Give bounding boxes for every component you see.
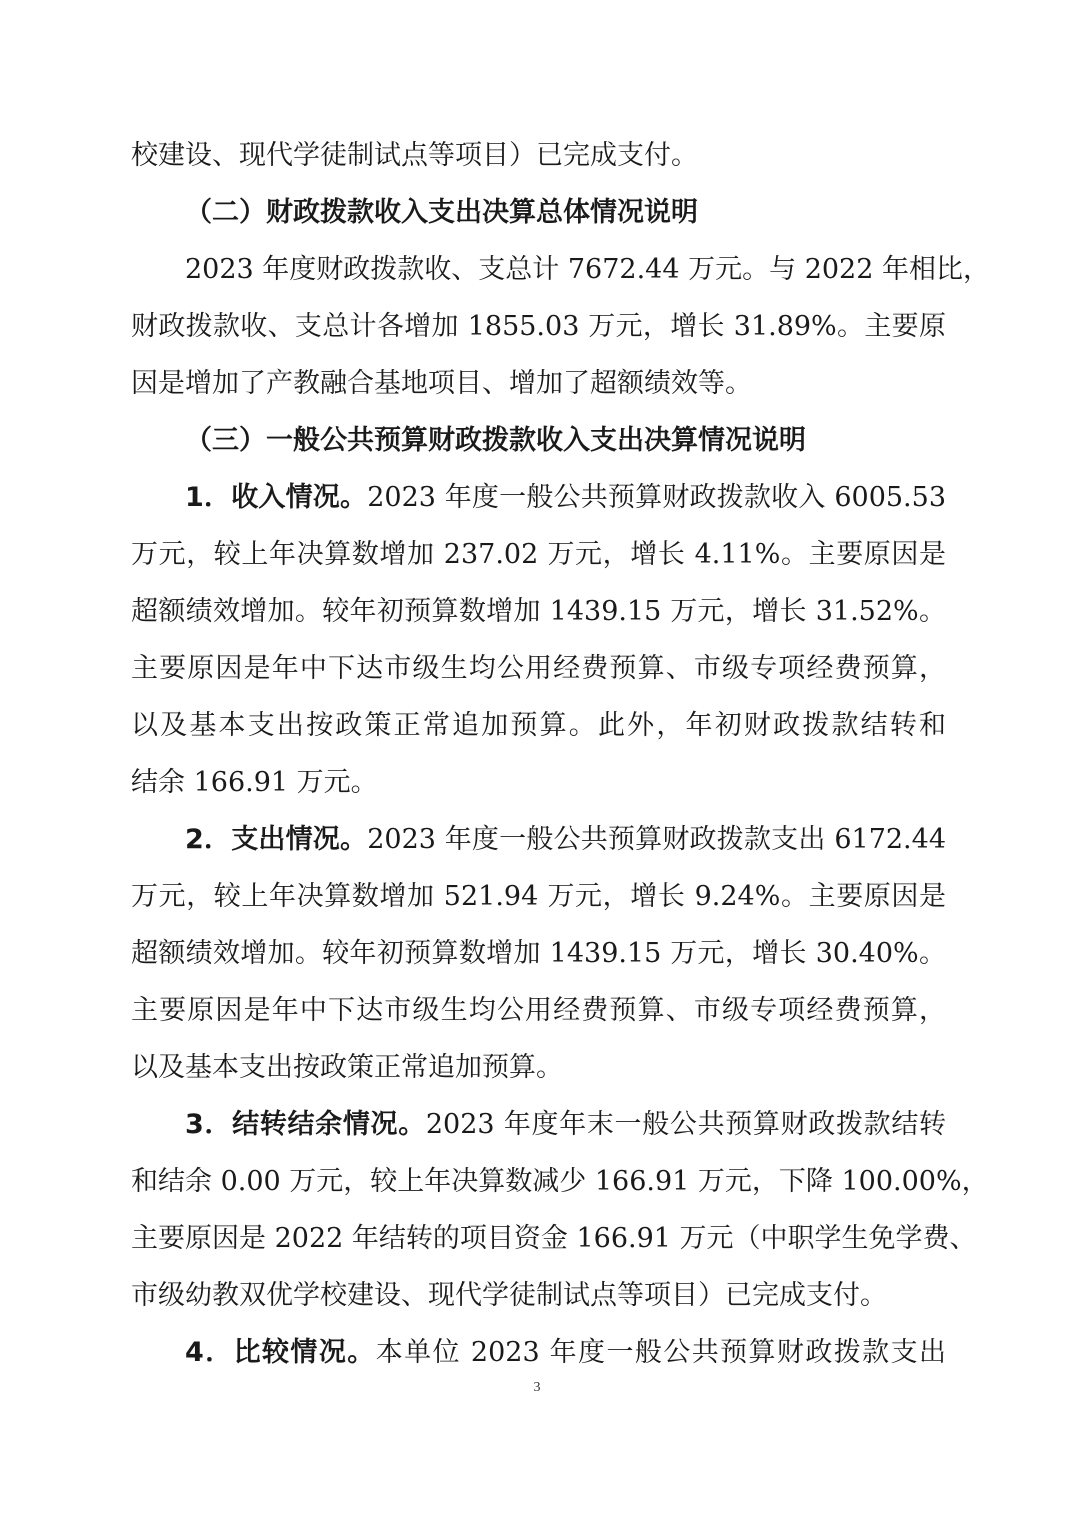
paragraph-line: 以及基本支出按政策正常追加预算。此外，年初财政拨款结转和 bbox=[131, 706, 946, 746]
section-heading-2: （二）财政拨款收入支出决算总体情况说明 bbox=[185, 193, 698, 233]
paragraph-line: 市级幼教双优学校建设、现代学徒制试点等项目）已完成支付。 bbox=[131, 1276, 946, 1316]
paragraph-text: 2023 年度一般公共预算财政拨款支出 6172.44 bbox=[367, 824, 946, 855]
paragraph-line: 2．支出情况。2023 年度一般公共预算财政拨款支出 6172.44 bbox=[131, 820, 946, 860]
paragraph-line: 因是增加了产教融合基地项目、增加了超额绩效等。 bbox=[131, 364, 946, 404]
paragraph-line: 4．比较情况。本单位 2023 年度一般公共预算财政拨款支出 bbox=[131, 1333, 946, 1373]
paragraph-line: 万元，较上年决算数增加 521.94 万元，增长 9.24%。主要原因是 bbox=[131, 877, 946, 917]
paragraph-line: 主要原因是年中下达市级生均公用经费预算、市级专项经费预算， bbox=[131, 649, 946, 689]
subsection-label-income: 1．收入情况。 bbox=[185, 482, 367, 513]
subsection-label-comparison: 4．比较情况。 bbox=[185, 1337, 376, 1368]
page-number: 3 bbox=[0, 1380, 1074, 1396]
paragraph-line: 万元，较上年决算数增加 237.02 万元，增长 4.11%。主要原因是 bbox=[131, 535, 946, 575]
paragraph-line: 主要原因是年中下达市级生均公用经费预算、市级专项经费预算， bbox=[131, 991, 946, 1031]
paragraph-text: 本单位 2023 年度一般公共预算财政拨款支出 bbox=[376, 1337, 946, 1368]
section-heading-3: （三）一般公共预算财政拨款收入支出决算情况说明 bbox=[185, 421, 806, 461]
paragraph-line: 2023 年度财政拨款收、支总计 7672.44 万元。与 2022 年相比， bbox=[131, 250, 946, 290]
paragraph-line: 1．收入情况。2023 年度一般公共预算财政拨款收入 6005.53 bbox=[131, 478, 946, 518]
subsection-label-carryover: 3．结转结余情况。 bbox=[185, 1109, 426, 1140]
paragraph-line: 主要原因是 2022 年结转的项目资金 166.91 万元（中职学生免学费、 bbox=[131, 1219, 946, 1259]
paragraph-text: 2023 年度年末一般公共预算财政拨款结转 bbox=[426, 1109, 946, 1140]
paragraph-line: 3．结转结余情况。2023 年度年末一般公共预算财政拨款结转 bbox=[131, 1105, 946, 1145]
paragraph-line: 和结余 0.00 万元，较上年决算数减少 166.91 万元，下降 100.00… bbox=[131, 1162, 946, 1202]
paragraph-line: 以及基本支出按政策正常追加预算。 bbox=[131, 1048, 946, 1088]
paragraph-line: 超额绩效增加。较年初预算数增加 1439.15 万元，增长 30.40%。 bbox=[131, 934, 946, 974]
paragraph-line: 财政拨款收、支总计各增加 1855.03 万元，增长 31.89%。主要原 bbox=[131, 307, 946, 347]
paragraph-line: 校建设、现代学徒制试点等项目）已完成支付。 bbox=[131, 136, 946, 176]
paragraph-text: 2023 年度一般公共预算财政拨款收入 6005.53 bbox=[367, 482, 946, 513]
subsection-label-expenditure: 2．支出情况。 bbox=[185, 824, 367, 855]
paragraph-line: 结余 166.91 万元。 bbox=[131, 763, 946, 803]
paragraph-line: 超额绩效增加。较年初预算数增加 1439.15 万元，增长 31.52%。 bbox=[131, 592, 946, 632]
